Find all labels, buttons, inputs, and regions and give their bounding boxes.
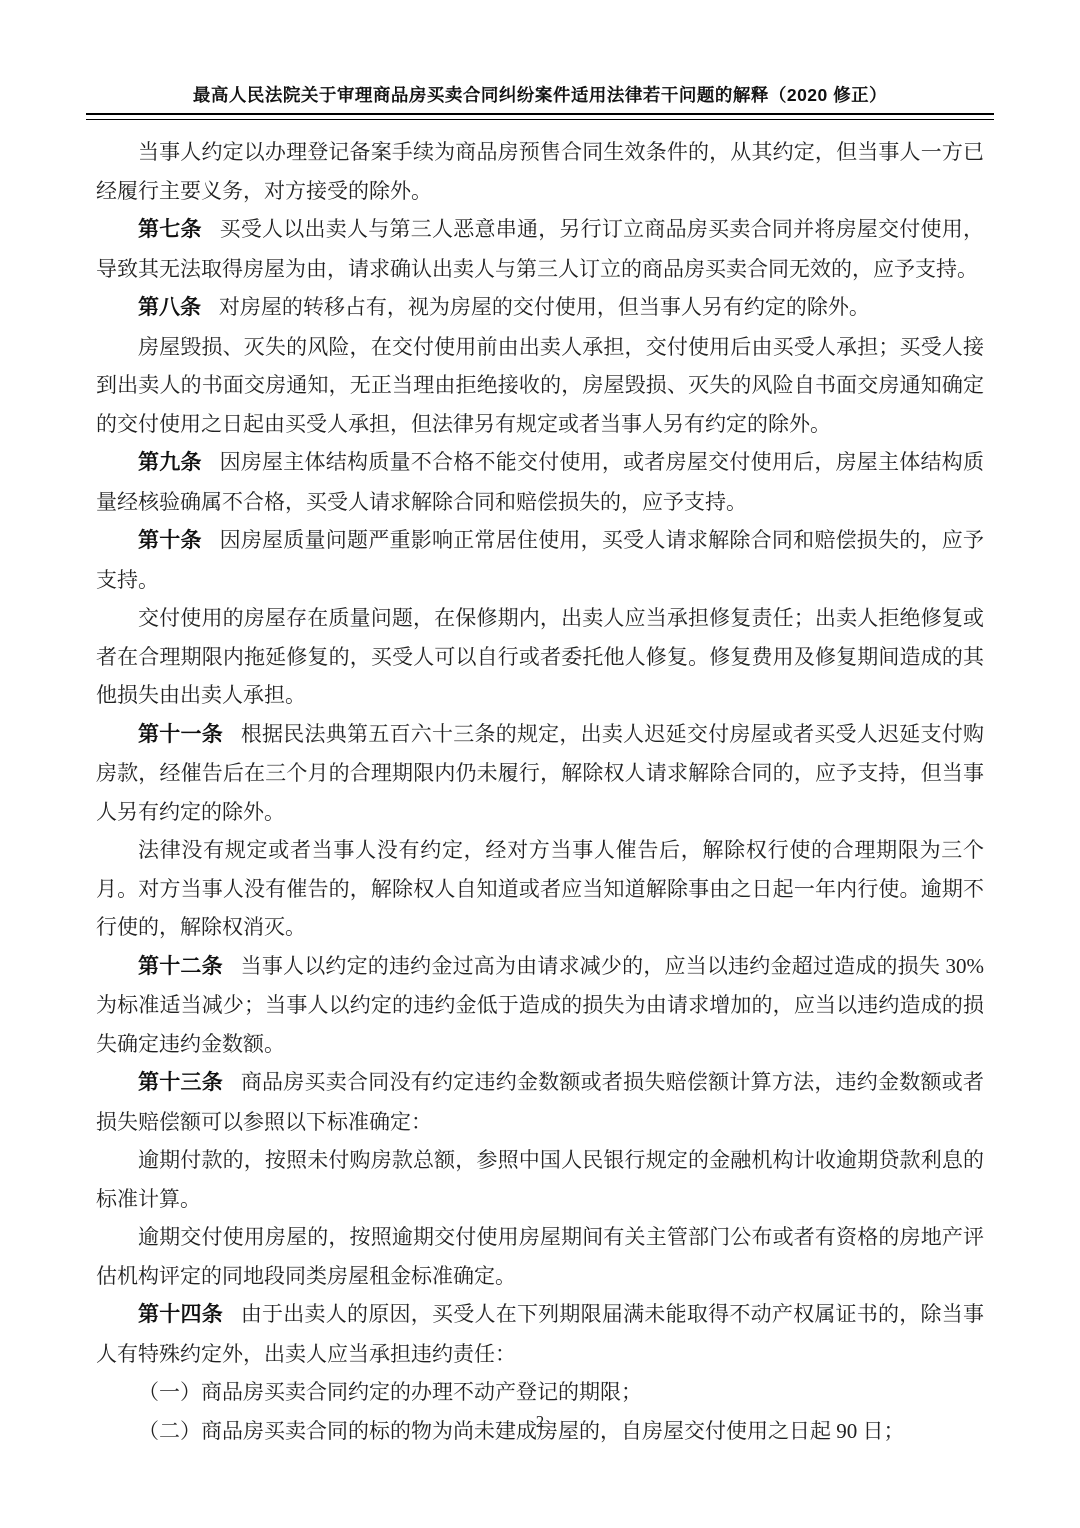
header-divider [86, 113, 994, 120]
paragraph: 当事人约定以办理登记备案手续为商品房预售合同生效条件的，从其约定，但当事人一方已… [96, 133, 984, 210]
paragraph: 第十二条当事人以约定的违约金过高为由请求减少的，应当以违约金超过造成的损失 30… [96, 947, 984, 1064]
article-number: 第十四条 [138, 1303, 223, 1326]
paragraph: 第十四条由于出卖人的原因，买受人在下列期限届满未能取得不动产权属证书的，除当事人… [96, 1295, 984, 1373]
paragraph: 第八条对房屋的转移占有，视为房屋的交付使用，但当事人另有约定的除外。 [96, 288, 984, 328]
article-number: 第十一条 [138, 723, 223, 746]
paragraph-text: 房屋毁损、灭失的风险，在交付使用前由出卖人承担，交付使用后由买受人承担；买受人接… [96, 335, 984, 436]
page-header: 最高人民法院关于审理商品房买卖合同纠纷案件适用法律若干问题的解释（2020 修正… [0, 0, 1080, 120]
paragraph: 第九条因房屋主体结构质量不合格不能交付使用，或者房屋交付使用后，房屋主体结构质量… [96, 443, 984, 521]
paragraph: 逾期付款的，按照未付购房款总额，参照中国人民银行规定的金融机构计收逾期贷款利息的… [96, 1141, 984, 1218]
header-divider-thick-line [86, 113, 994, 115]
page-footer: 2 [0, 1412, 1080, 1432]
paragraph: 第七条买受人以出卖人与第三人恶意串通，另行订立商品房买卖合同并将房屋交付使用，导… [96, 210, 984, 288]
paragraph-text: 买受人以出卖人与第三人恶意串通，另行订立商品房买卖合同并将房屋交付使用，导致其无… [96, 217, 984, 281]
paragraph: 第十一条根据民法典第五百六十三条的规定，出卖人迟延交付房屋或者买受人迟延支付购房… [96, 715, 984, 832]
article-number: 第十条 [138, 529, 202, 552]
page-number: 2 [536, 1412, 545, 1431]
paragraph-text: 法律没有规定或者当事人没有约定，经对方当事人催告后，解除权行使的合理期限为三个月… [96, 838, 984, 939]
header-divider-thin-line [86, 119, 994, 120]
paragraph-text: 当事人以约定的违约金过高为由请求减少的，应当以违约金超过造成的损失 30%为标准… [96, 954, 984, 1056]
paragraph-text: （一）商品房买卖合同约定的办理不动产登记的期限； [138, 1380, 642, 1404]
paragraph-text: 商品房买卖合同没有约定违约金数额或者损失赔偿额计算方法，违约金数额或者损失赔偿额… [96, 1070, 984, 1134]
paragraph-text: 因房屋质量问题严重影响正常居住使用，买受人请求解除合同和赔偿损失的，应予支持。 [96, 528, 984, 592]
paragraph: 第十三条商品房买卖合同没有约定违约金数额或者损失赔偿额计算方法，违约金数额或者损… [96, 1063, 984, 1141]
paragraph-text: 交付使用的房屋存在质量问题，在保修期内，出卖人应当承担修复责任；出卖人拒绝修复或… [96, 606, 984, 707]
paragraph-text: 逾期付款的，按照未付购房款总额，参照中国人民银行规定的金融机构计收逾期贷款利息的… [96, 1148, 984, 1211]
paragraph: （一）商品房买卖合同约定的办理不动产登记的期限； [96, 1373, 984, 1412]
article-number: 第七条 [138, 218, 202, 241]
paragraph-text: 逾期交付使用房屋的，按照逾期交付使用房屋期间有关主管部门公布或者有资格的房地产评… [96, 1225, 984, 1288]
article-number: 第十三条 [138, 1071, 223, 1094]
article-number: 第九条 [138, 451, 202, 474]
document-body: 当事人约定以办理登记备案手续为商品房预售合同生效条件的，从其约定，但当事人一方已… [96, 133, 984, 1450]
paragraph-text: 由于出卖人的原因，买受人在下列期限届满未能取得不动产权属证书的，除当事人有特殊约… [96, 1302, 984, 1366]
paragraph-text: 对房屋的转移占有，视为房屋的交付使用，但当事人另有约定的除外。 [219, 295, 870, 319]
article-number: 第十二条 [138, 955, 223, 978]
paragraph: 法律没有规定或者当事人没有约定，经对方当事人催告后，解除权行使的合理期限为三个月… [96, 831, 984, 947]
paragraph-text: 当事人约定以办理登记备案手续为商品房预售合同生效条件的，从其约定，但当事人一方已… [96, 140, 984, 203]
paragraph: 第十条因房屋质量问题严重影响正常居住使用，买受人请求解除合同和赔偿损失的，应予支… [96, 521, 984, 599]
paragraph-text: 因房屋主体结构质量不合格不能交付使用，或者房屋交付使用后，房屋主体结构质量经核验… [96, 450, 984, 514]
document-title: 最高人民法院关于审理商品房买卖合同纠纷案件适用法律若干问题的解释（2020 修正… [0, 82, 1080, 107]
paragraph: 交付使用的房屋存在质量问题，在保修期内，出卖人应当承担修复责任；出卖人拒绝修复或… [96, 599, 984, 715]
paragraph: 逾期交付使用房屋的，按照逾期交付使用房屋期间有关主管部门公布或者有资格的房地产评… [96, 1218, 984, 1295]
paragraph: 房屋毁损、灭失的风险，在交付使用前由出卖人承担，交付使用后由买受人承担；买受人接… [96, 328, 984, 444]
document-page: 最高人民法院关于审理商品房买卖合同纠纷案件适用法律若干问题的解释（2020 修正… [0, 0, 1080, 1528]
article-number: 第八条 [138, 296, 201, 319]
paragraph-text: 根据民法典第五百六十三条的规定，出卖人迟延交付房屋或者买受人迟延支付购房款，经催… [96, 722, 984, 824]
